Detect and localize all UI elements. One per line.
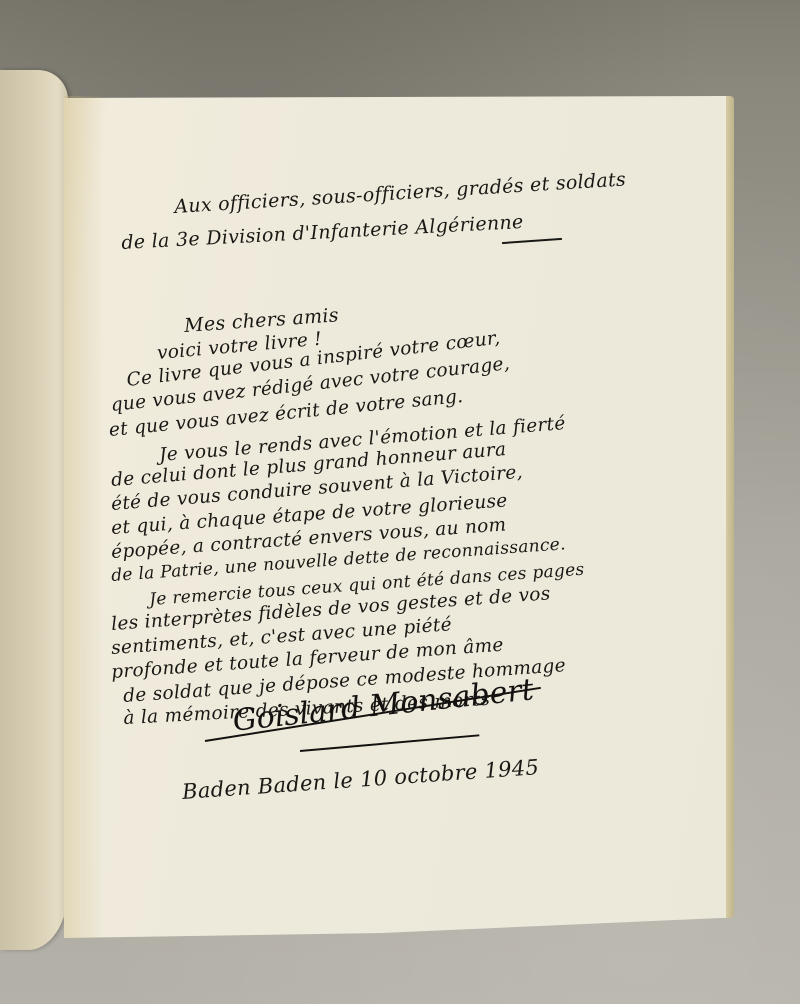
left-book-page bbox=[0, 70, 68, 950]
gutter-shadow bbox=[64, 96, 104, 938]
